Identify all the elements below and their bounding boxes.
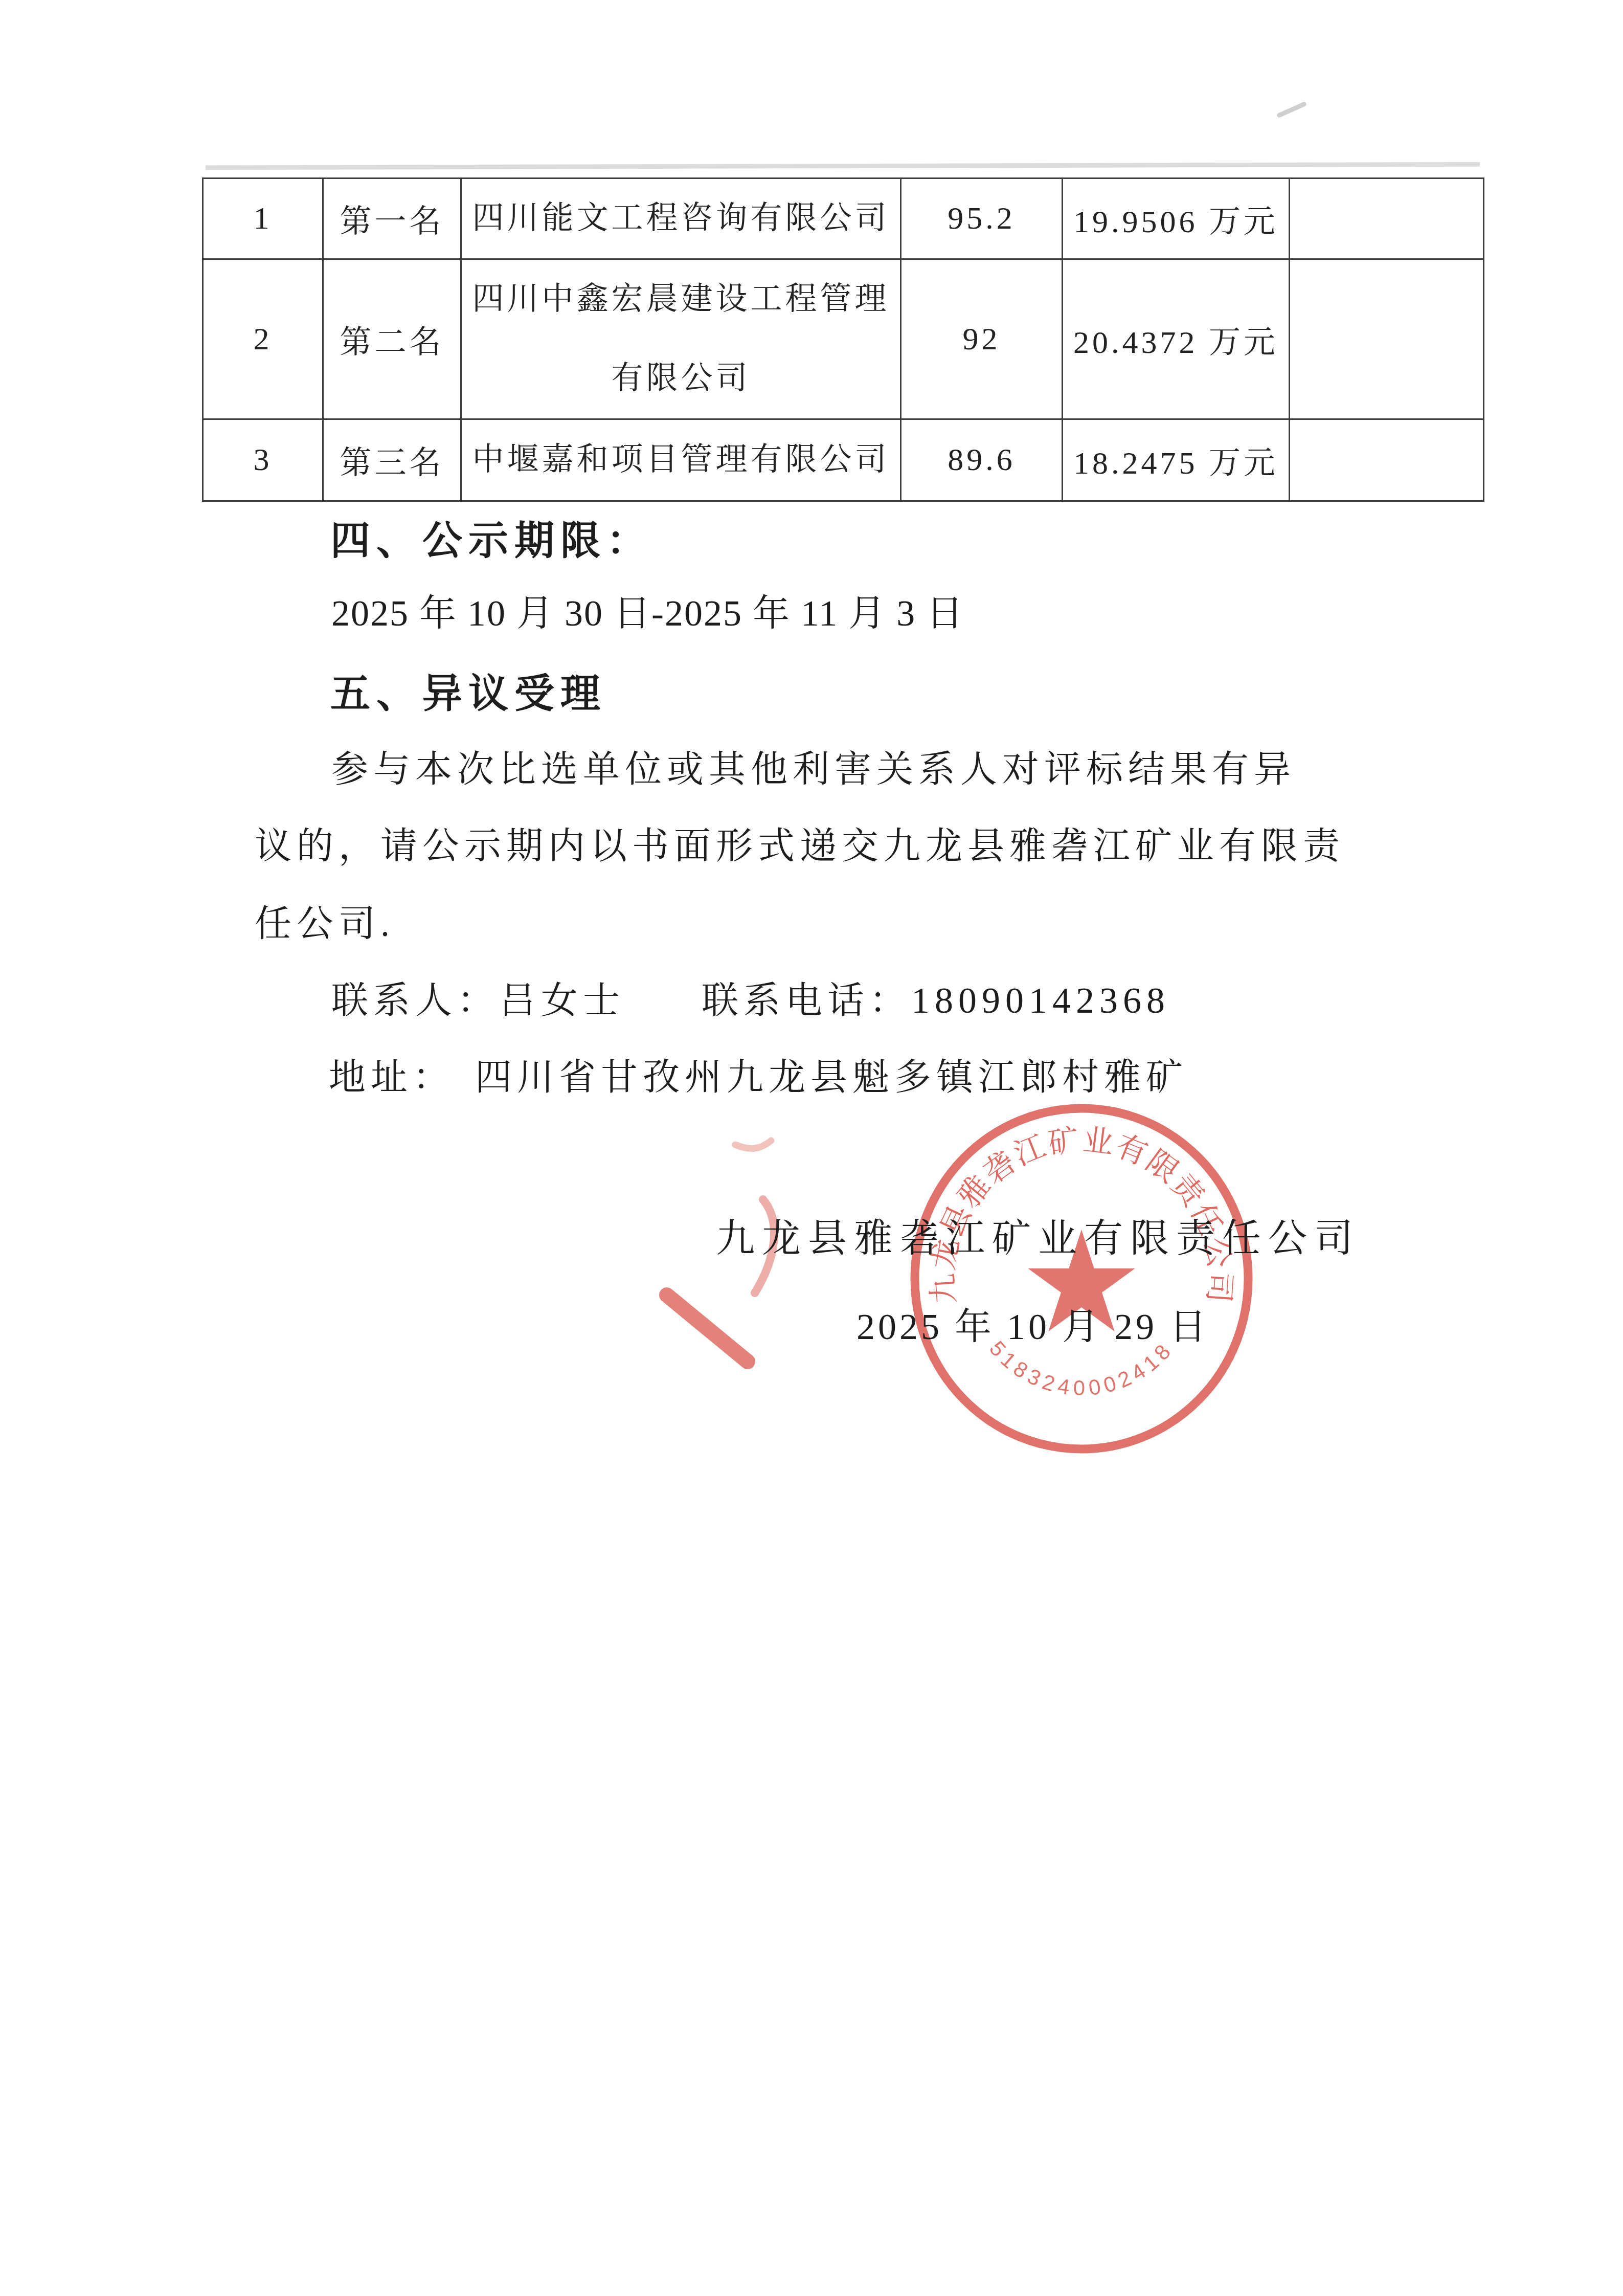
- section5-heading: 五、异议受理: [330, 662, 606, 719]
- cell-company: 四川能文工程咨询有限公司: [461, 179, 901, 259]
- address-label: 地址：: [329, 1057, 455, 1098]
- contact-person-label: 联系人：: [331, 980, 499, 1021]
- contact-phone-label: 联系电话：: [702, 980, 911, 1021]
- cell-note: [1290, 259, 1484, 419]
- contact-phone: 18090142368: [911, 980, 1170, 1021]
- cell-company: 四川中鑫宏晨建设工程管理有限公司: [461, 259, 901, 419]
- paragraph-line-1: 参与本次比选单位或其他利害关系人对评标结果有异: [331, 739, 1296, 792]
- scan-artifact: [1276, 101, 1307, 118]
- cell-rank: 第三名: [323, 419, 461, 501]
- cell-price: 19.9506 万元: [1063, 179, 1290, 259]
- cell-company: 中堰嘉和项目管理有限公司: [461, 419, 901, 501]
- table-row: 1 第一名 四川能文工程咨询有限公司 95.2 19.9506 万元: [203, 179, 1484, 259]
- cell-score: 95.2: [901, 179, 1063, 259]
- paragraph-line-3: 任公司.: [255, 894, 395, 947]
- cell-index: 2: [203, 259, 323, 419]
- cell-note: [1290, 419, 1484, 501]
- contact-line: 联系人：吕女士联系电话：18090142368: [331, 970, 1170, 1023]
- cell-rank: 第二名: [323, 259, 461, 419]
- contact-person: 吕女士: [499, 980, 625, 1021]
- signature-company: 九龙县雅砻江矿业有限责任公司: [716, 1207, 1350, 1263]
- cell-price: 18.2475 万元: [1063, 419, 1290, 501]
- signature-block: 九龙县雅砻江矿业有限责任公司 2025 年 10 月 29 日: [716, 1207, 1350, 1350]
- scan-smear: [206, 162, 1480, 170]
- paragraph-line-2: 议的，请公示期内以书面形式递交九龙县雅砻江矿业有限责: [255, 816, 1345, 869]
- cell-score: 89.6: [901, 419, 1063, 501]
- bid-result-table: 1 第一名 四川能文工程咨询有限公司 95.2 19.9506 万元 2 第二名…: [202, 177, 1484, 502]
- cell-rank: 第一名: [323, 179, 461, 259]
- cell-score: 92: [901, 259, 1063, 419]
- cell-price: 20.4372 万元: [1063, 259, 1290, 419]
- cell-index: 3: [203, 419, 323, 501]
- section4-period: 2025 年 10 月 30 日-2025 年 11 月 3 日: [331, 583, 964, 636]
- document-page: 1 第一名 四川能文工程咨询有限公司 95.2 19.9506 万元 2 第二名…: [0, 0, 1623, 2296]
- cell-index: 1: [203, 179, 323, 259]
- cell-note: [1290, 179, 1484, 259]
- table-row: 3 第三名 中堰嘉和项目管理有限公司 89.6 18.2475 万元: [203, 419, 1484, 501]
- signature-date: 2025 年 10 月 29 日: [716, 1297, 1350, 1350]
- section4-heading: 四、公示期限：: [330, 509, 652, 566]
- seal-smudge-tick: [735, 1141, 771, 1149]
- table-row: 2 第二名 四川中鑫宏晨建设工程管理有限公司 92 20.4372 万元: [203, 259, 1484, 419]
